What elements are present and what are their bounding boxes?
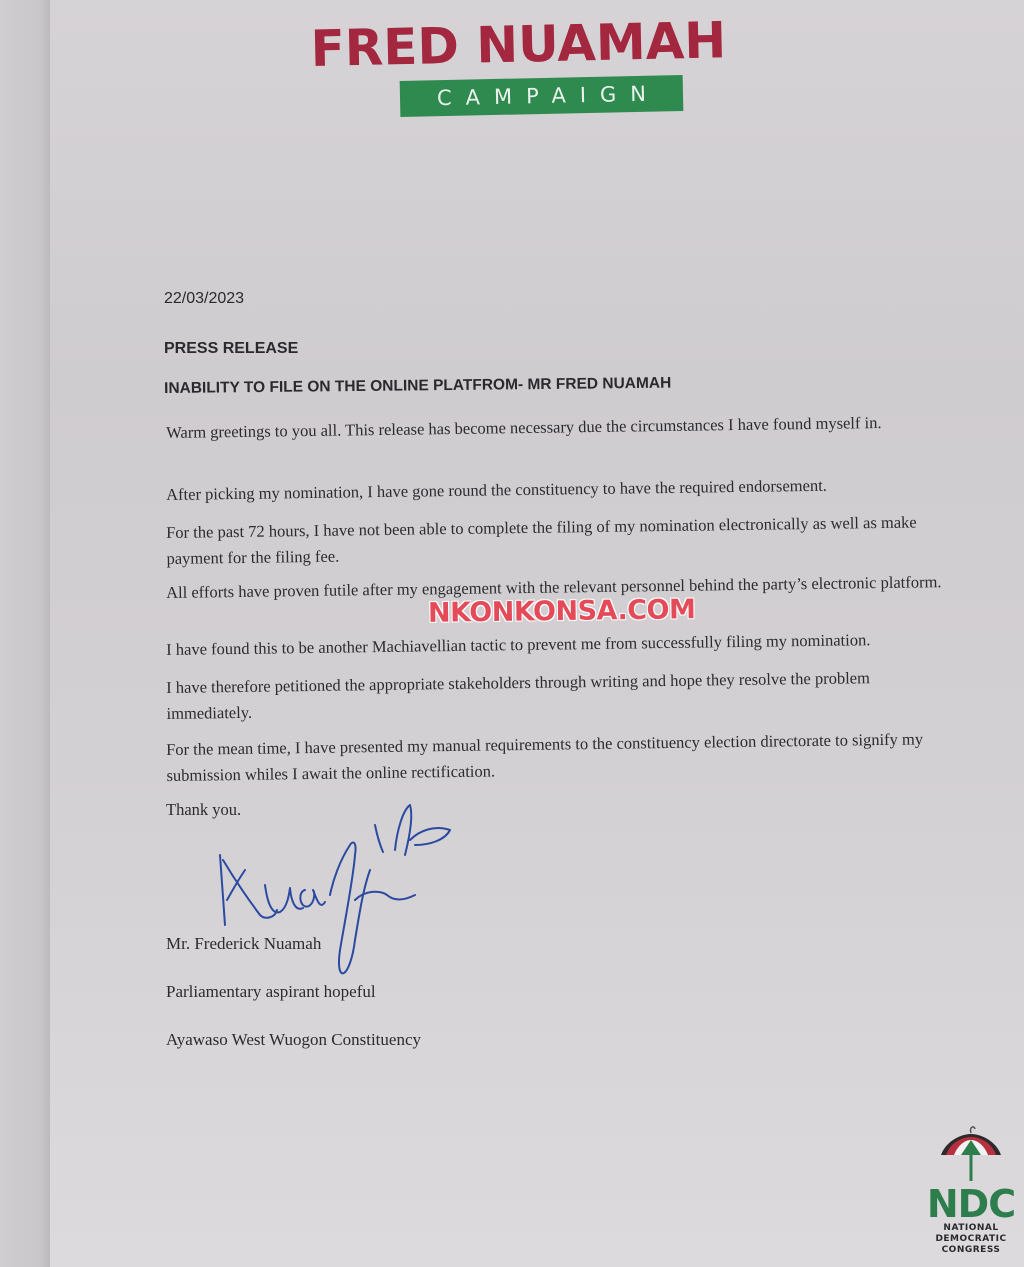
paragraph: For the past 72 hours, I have not been a… <box>166 509 957 572</box>
signatory-constituency: Ayawaso West Wuogon Constituency <box>166 1030 421 1050</box>
paragraph: I have therefore petitioned the appropri… <box>166 664 957 727</box>
letter-date: 22/03/2023 <box>164 290 244 308</box>
ndc-name-line: DEMOCRATIC <box>918 1234 1024 1245</box>
signature-icon <box>205 800 465 990</box>
ndc-name-line: CONGRESS <box>918 1245 1024 1256</box>
campaign-logo-subtitle: CAMPAIGN <box>400 75 684 117</box>
signatory-title: Parliamentary aspirant hopeful <box>166 982 376 1002</box>
signatory-name: Mr. Frederick Nuamah <box>166 934 321 954</box>
ndc-acronym: NDC <box>918 1185 1024 1223</box>
page-edge <box>0 0 50 1267</box>
ndc-logo: NDC NATIONAL DEMOCRATIC CONGRESS <box>918 1125 1024 1267</box>
campaign-logo-title: FRED NUAMAH <box>310 10 781 78</box>
paragraph: For the mean time, I have presented my m… <box>166 726 957 789</box>
umbrella-icon <box>936 1125 1006 1183</box>
watermark: NKONKONSA.COM <box>428 594 696 629</box>
letter-type: PRESS RELEASE <box>164 340 298 358</box>
